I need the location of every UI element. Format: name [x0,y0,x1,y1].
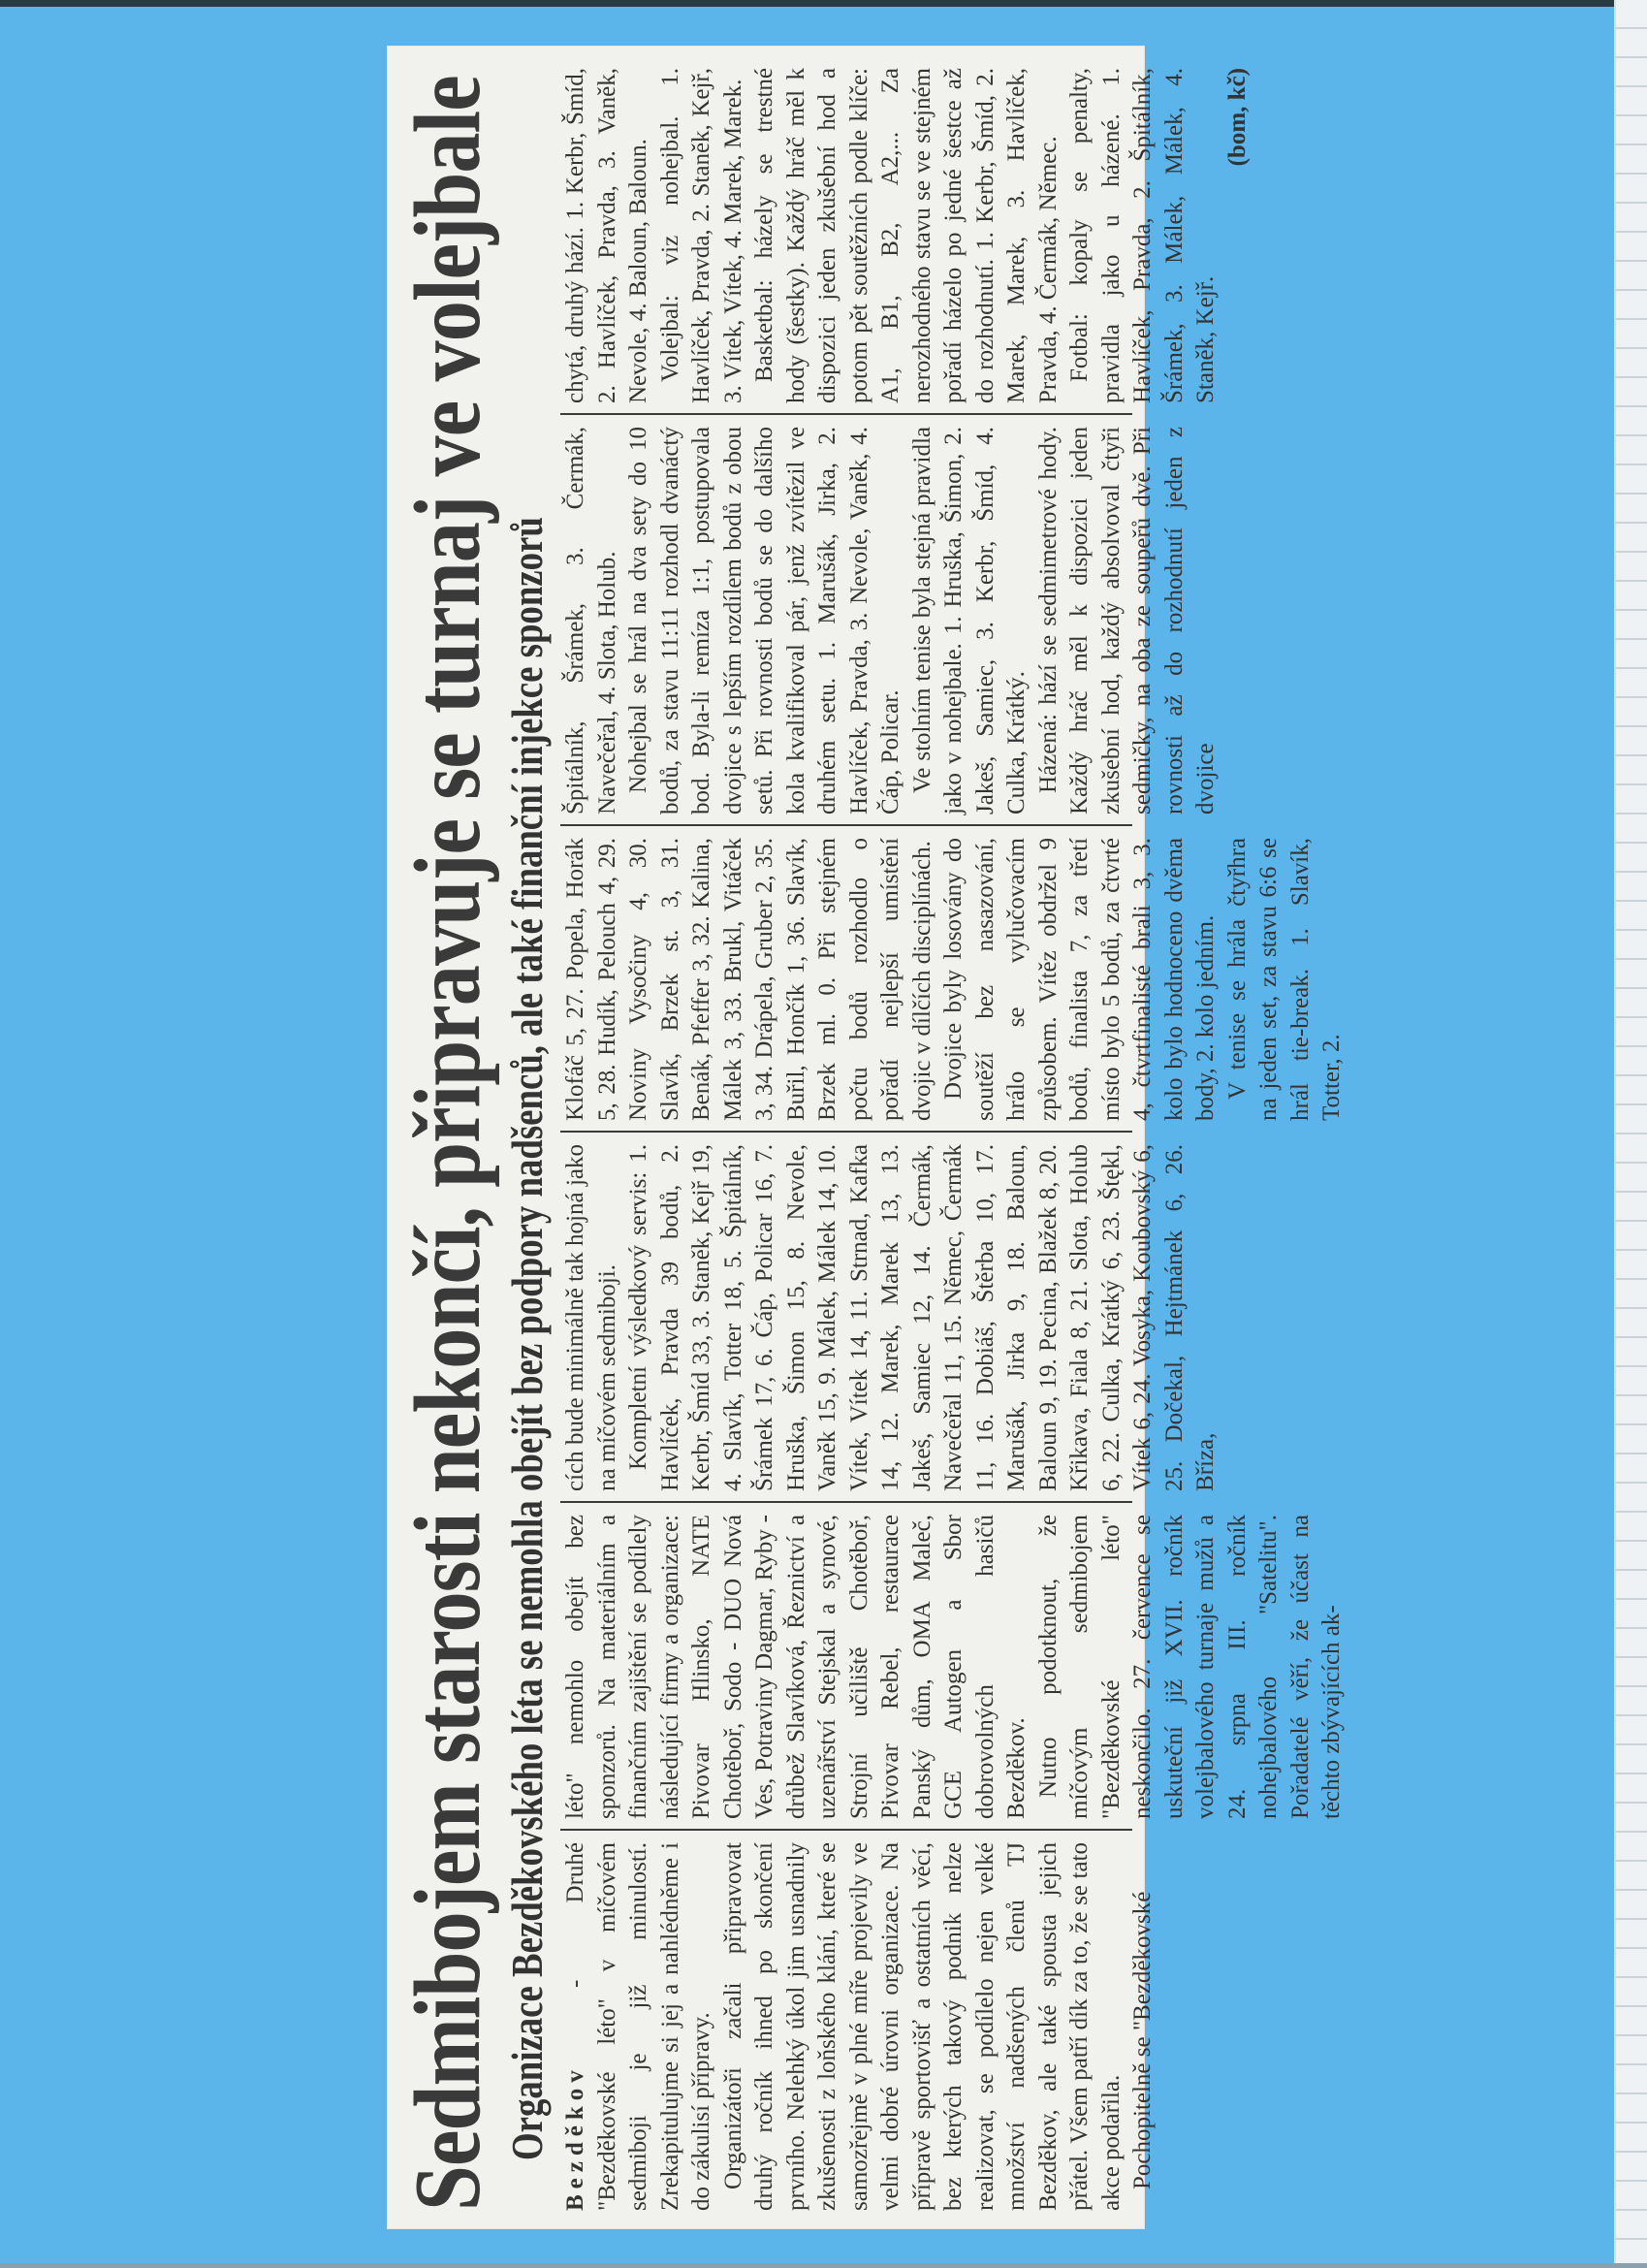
article-column-5: Špitálník, Šrámek, 3. Čermák, Navečeřal,… [560,417,1132,824]
results-paragraph: Kompletní výsledkový servis: 1. Havlíček… [623,1144,1222,1491]
paragraph: Špitálník, Šrámek, 3. Čermák, Navečeřal,… [560,427,623,815]
paragraph: léto" nemohlo obejít bez sponzorů. Na ma… [560,1515,1033,1819]
article-headline: Sedmibojem starosti nekončí, připravuje … [394,358,502,2211]
article-column-1: Bezděkov - Druhé "Bezděkovské léto" v mí… [560,1833,1132,2220]
plastic-sleeve-edge [1614,0,1647,2268]
column-divider [560,824,1132,826]
article-column-3: cích bude minimálně tak hojná jako na mí… [560,1134,1132,1501]
paragraph: Fotbal: kopaly se penalty, pravidla jako… [1064,68,1222,403]
paragraph: Házená: hází se sedmimetrové hody. Každý… [1033,427,1222,815]
column-divider [560,1131,1132,1133]
article-column-4: Klofáč 5, 27. Popela, Horák 5, 28. Hudík… [560,828,1132,1131]
column-divider [560,1501,1132,1503]
author-signature: (bom, kč) [1222,68,1254,403]
newspaper-clipping: Sedmibojem starosti nekončí, připravuje … [388,47,1144,2228]
article-column-2: léto" nemohlo obejít bez sponzorů. Na ma… [560,1505,1132,1829]
paragraph: Klofáč 5, 27. Popela, Horák 5, 28. Hudík… [560,838,938,1121]
paragraph: Volejbal: viz nohejbal. 1. Havlíček, Pra… [655,68,750,403]
scanner-top-edge [0,0,1647,7]
paragraph: Basketbal: házely se trestné hody (šestk… [749,68,1064,403]
paragraph: Pochopitelně se "Bezděkovské [1127,1842,1159,2211]
paragraph: Nohejbal se hrál na dva sety do 10 bodů,… [623,427,907,815]
paragraph: Ve stolním tenise byla stejná pravidla j… [907,427,1033,815]
article-subheadline: Organizace Bezděkovského léta se nemohla… [502,517,553,2160]
column-divider [560,413,1132,415]
paragraph: Dvojice byly losovány do soutěží bez nas… [938,838,1222,1121]
article-column-6: chytá, druhý hází. 1. Kerbr, Šmíd, 2. Ha… [560,58,1132,413]
article-body: Bezděkov - Druhé "Bezděkovské léto" v mí… [560,58,1132,2220]
paragraph: Nutno podotknout, že míčovým sedmibojem … [1033,1515,1348,1819]
column-divider [560,1829,1132,1831]
paragraph: Organizátoři začali připravovat druhý ro… [718,1842,1128,2211]
paragraph: V tenise se hrála čtyřhra na jeden set, … [1222,838,1348,1121]
lead-paragraph: Bezděkov - Druhé "Bezděkovské léto" v mí… [560,1842,718,2211]
dateline: Bezděkov [562,2064,588,2211]
paragraph: chytá, druhý hází. 1. Kerbr, Šmíd, 2. Ha… [560,68,655,403]
paragraph: cích bude minimálně tak hojná jako na mí… [560,1144,623,1491]
scanner-bottom-edge [0,2263,1647,2268]
